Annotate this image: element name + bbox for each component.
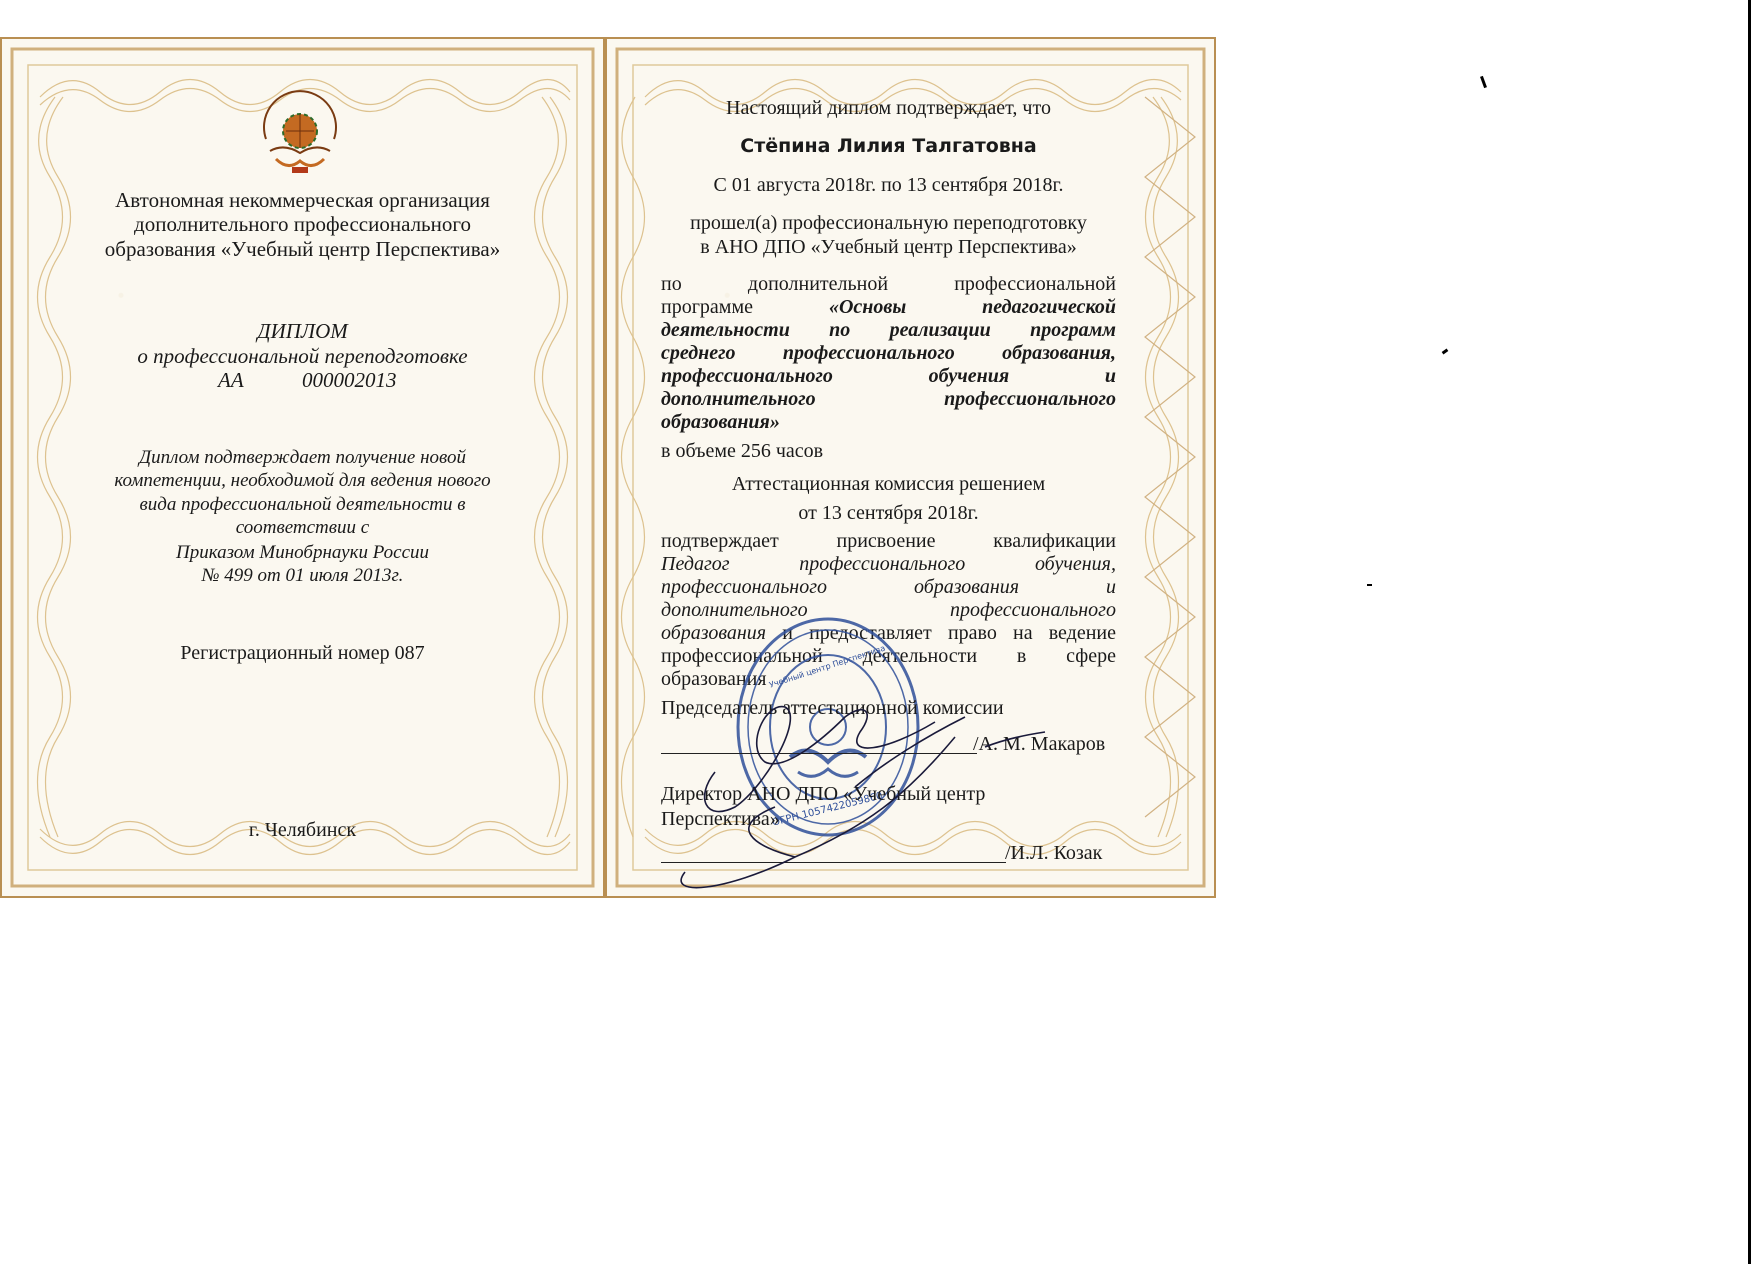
qualification-word: ведение	[1049, 622, 1116, 645]
qualification-line: профессиональногообразованияи	[661, 576, 1116, 599]
qualification-line: подтверждаетприсвоениеквалификации	[661, 530, 1116, 553]
program-description: подополнительнойпрофессиональнойпрограмм…	[661, 273, 1116, 434]
program-word: по	[829, 319, 850, 342]
completed-line-1: прошел(а) профессиональную переподготовк…	[661, 211, 1116, 235]
organization-name-line-3: образования «Учебный центр Перспектива»	[40, 237, 565, 261]
statement-line-1: Диплом подтверждает получение новой	[40, 446, 565, 470]
diploma-series: АА	[218, 368, 244, 392]
organization-name-line-1: Автономная некоммерческая организация	[40, 188, 565, 212]
program-word: профессионального	[944, 388, 1116, 411]
program-word: программ	[1030, 319, 1116, 342]
diploma-subtitle: о профессиональной переподготовке	[40, 344, 565, 368]
completed-line-2: в АНО ДПО «Учебный центр Перспектива»	[661, 235, 1116, 259]
qualification-word: профессионального	[661, 576, 827, 599]
program-word: среднего	[661, 342, 736, 365]
qualification-line: Педагогпрофессиональногообучения,	[661, 553, 1116, 576]
program-word: и	[1105, 365, 1116, 388]
qualification-word: образования	[914, 576, 1019, 599]
qualification-word: квалификации	[993, 530, 1116, 553]
scan-edge-line	[1748, 0, 1751, 1264]
organization-logo-icon	[252, 81, 348, 181]
qualification-word: подтверждает	[661, 530, 779, 553]
statement-line-4: соответствии с	[40, 516, 565, 540]
program-word: дополнительной	[748, 273, 888, 296]
commission-line-1: Аттестационная комиссия решением	[661, 472, 1116, 496]
scan-speck	[1480, 76, 1487, 88]
program-line: профессиональногообученияи	[661, 365, 1116, 388]
intro-text: Настоящий диплом подтверждает, что	[661, 96, 1116, 120]
program-word: профессиональной	[954, 273, 1116, 296]
program-word: «Основы	[829, 296, 906, 319]
commission-line-2: от 13 сентября 2018г.	[661, 501, 1116, 525]
program-word: педагогической	[982, 296, 1116, 319]
qualification-word: сфере	[1066, 645, 1116, 668]
registration-number: Регистрационный номер 087	[40, 641, 565, 665]
statement-line-3: вида профессиональной деятельности в	[40, 493, 565, 517]
diploma-left-page: Автономная некоммерческая организация до…	[0, 37, 605, 898]
program-word: по	[661, 273, 682, 296]
city: г. Челябинск	[40, 818, 565, 842]
program-line: среднегопрофессиональногообразования,	[661, 342, 1116, 365]
statement-line-5: Приказом Минобрнауки России	[40, 541, 565, 565]
qualification-word: в	[1017, 645, 1026, 668]
scan-speck	[1367, 584, 1372, 586]
statement-line-6: № 499 от 01 июля 2013г.	[40, 564, 565, 588]
program-word: дополнительного	[661, 388, 816, 411]
program-word: деятельности	[661, 319, 790, 342]
organization-name-line-2: дополнительного профессионального	[40, 212, 565, 236]
qualification-word: профессионального	[799, 553, 965, 576]
diploma-number: 000002013	[302, 368, 397, 392]
study-period: С 01 августа 2018г. по 13 сентября 2018г…	[661, 173, 1116, 197]
qualification-word: обучения,	[1035, 553, 1116, 576]
qualification-word: и	[1106, 576, 1116, 599]
qualification-word: на	[1013, 622, 1033, 645]
program-word: профессионального	[783, 342, 955, 365]
program-word: программе	[661, 296, 753, 319]
statement-line-2: компетенции, необходимой для ведения нов…	[40, 469, 565, 493]
scan-speck	[1442, 349, 1449, 355]
handwritten-signature-icon	[655, 677, 1075, 897]
qualification-word: Педагог	[661, 553, 730, 576]
recipient-name: Стёпина Лилия Талгатовна	[661, 134, 1116, 158]
program-line: программе«Основыпедагогической	[661, 296, 1116, 319]
program-word: образования,	[1002, 342, 1116, 365]
program-hours: в объеме 256 часов	[661, 439, 823, 463]
program-word: профессионального	[661, 365, 833, 388]
program-line: образования»	[661, 411, 1116, 434]
program-line: дополнительногопрофессионального	[661, 388, 1116, 411]
program-word: образования»	[661, 411, 780, 434]
program-line: деятельностипореализациипрограмм	[661, 319, 1116, 342]
program-word: реализации	[890, 319, 991, 342]
qualification-word: присвоение	[837, 530, 936, 553]
program-line: подополнительнойпрофессиональной	[661, 273, 1116, 296]
diploma-title: ДИПЛОМ	[40, 319, 565, 343]
diploma-right-page: Настоящий диплом подтверждает, что Стёпи…	[605, 37, 1216, 898]
qualification-word: профессионального	[950, 599, 1116, 622]
program-word: обучения	[929, 365, 1010, 388]
qualification-word: право	[948, 622, 997, 645]
diploma-spread: Автономная некоммерческая организация до…	[0, 37, 1216, 898]
organization-logo	[252, 81, 348, 181]
